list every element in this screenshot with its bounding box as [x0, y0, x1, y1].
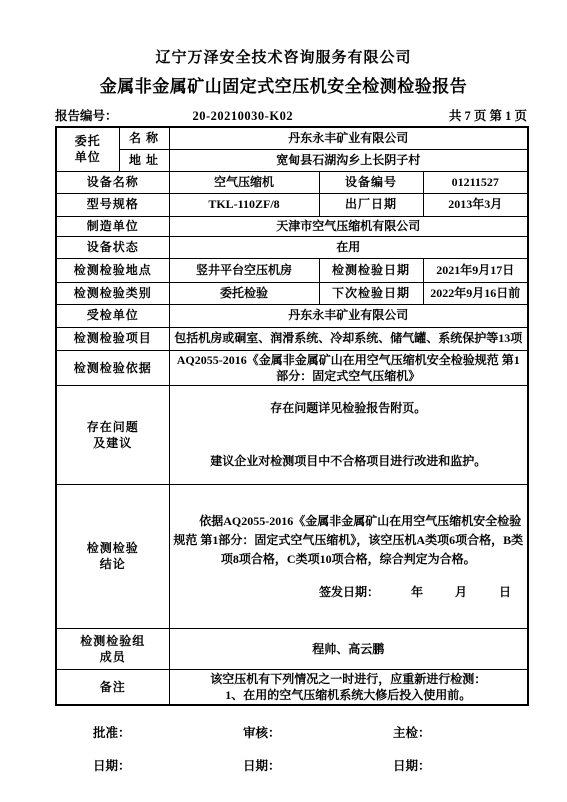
inspection-items-value: 包括机房或硐室、润滑系统、冷却系统、储气罐、系统保护等13项: [169, 327, 528, 350]
inspection-basis-value: AQ2055-2016《金属非金属矿山在用空气压缩机安全检验规范 第1部分：固定…: [169, 350, 528, 385]
signature-section: 批准： 日期： 审核： 日期： 主检： 日期：: [93, 723, 567, 774]
inspection-location-label: 检测检验地点: [56, 258, 169, 282]
inspection-category-label: 检测检验类别: [56, 282, 169, 304]
report-header: 辽宁万泽安全技术咨询服务有限公司 金属非金属矿山固定式空压机安全检测检验报告 报…: [0, 0, 567, 124]
conclusion-label: 检测检验 结论: [56, 484, 169, 628]
model-value: TKL-110ZF/8: [169, 193, 319, 216]
conclusion-cell: 依据AQ2055-2016《金属非金属矿山在用空气压缩机安全检验规范 第1部分：…: [169, 484, 528, 628]
sign-year-label: 年: [411, 584, 423, 600]
table-row: 设备名称 空气压缩机 设备编号 01211527: [56, 171, 528, 193]
inspected-unit-value: 丹东永丰矿业有限公司: [169, 304, 528, 327]
next-inspection-date-label: 下次检验日期: [319, 282, 423, 304]
table-row: 检测检验 结论 依据AQ2055-2016《金属非金属矿山在用空气压缩机安全检验…: [56, 484, 528, 628]
report-number-line: 报告编号： 20-20210030-K02 共 7 页 第 1 页: [55, 106, 527, 124]
device-status-value: 在用: [169, 236, 528, 258]
table-row: 检测检验依据 AQ2055-2016《金属非金属矿山在用空气压缩机安全检验规范 …: [56, 350, 528, 385]
chief-inspector-column: 主检： 日期：: [393, 723, 543, 774]
device-name-value: 空气压缩机: [169, 171, 319, 193]
manufacturer-label: 制造单位: [56, 216, 169, 236]
problems-label: 存在问题 及建议: [56, 385, 169, 484]
factory-date-label: 出厂日期: [319, 193, 423, 216]
table-row: 设备状态 在用: [56, 236, 528, 258]
table-row: 存在问题 及建议 存在问题详见检验报告附页。 建议企业对检测项目中不合格项目进行…: [56, 385, 528, 484]
chief-date-label: 日期：: [393, 756, 543, 774]
next-inspection-date-value: 2022年9月16日前: [423, 282, 528, 304]
client-unit-label: 委托 单位: [56, 127, 119, 171]
report-number-value: 20-20210030-K02: [193, 109, 294, 124]
client-name-value: 丹东永丰矿业有限公司: [169, 127, 528, 149]
device-name-label: 设备名称: [56, 171, 169, 193]
inspection-date-value: 2021年9月17日: [423, 258, 528, 282]
table-row: 委托 单位 名 称 丹东永丰矿业有限公司: [56, 127, 528, 149]
table-row: 受检单位 丹东永丰矿业有限公司: [56, 304, 528, 327]
report-number-label: 报告编号：: [55, 106, 118, 124]
report-page: 辽宁万泽安全技术咨询服务有限公司 金属非金属矿山固定式空压机安全检测检验报告 报…: [0, 0, 567, 802]
inspection-location-value: 竖井平台空压机房: [169, 258, 319, 282]
approve-date-label: 日期：: [93, 756, 243, 774]
approve-column: 批准： 日期：: [93, 723, 243, 774]
sign-month-label: 月: [455, 584, 467, 600]
table-row: 检测检验类别 委托检验 下次检验日期 2022年9月16日前: [56, 282, 528, 304]
model-label: 型号规格: [56, 193, 169, 216]
sign-date-line: 签发日期： 年 月 日: [172, 584, 526, 600]
manufacturer-value: 天津市空气压缩机有限公司: [169, 216, 528, 236]
review-label: 审核：: [243, 723, 393, 741]
review-column: 审核： 日期：: [243, 723, 393, 774]
sign-day-label: 日: [499, 584, 511, 600]
inspected-unit-label: 受检单位: [56, 304, 169, 327]
table-row: 检测检验地点 竖井平台空压机房 检测检验日期 2021年9月17日: [56, 258, 528, 282]
table-row: 检测检验组 成员 程帅、高云鹏: [56, 628, 528, 669]
inspection-category-value: 委托检验: [169, 282, 319, 304]
company-name: 辽宁万泽安全技术咨询服务有限公司: [0, 46, 567, 67]
review-date-label: 日期：: [243, 756, 393, 774]
table-row: 地 址 宽甸县石湖沟乡上长阴子村: [56, 149, 528, 171]
team-members-label: 检测检验组 成员: [56, 628, 169, 669]
remark-label: 备注: [56, 669, 169, 705]
report-title: 金属非金属矿山固定式空压机安全检测检验报告: [0, 72, 567, 97]
inspection-basis-label: 检测检验依据: [56, 350, 169, 385]
device-status-label: 设备状态: [56, 236, 169, 258]
client-address-label: 地 址: [119, 149, 169, 171]
table-row: 型号规格 TKL-110ZF/8 出厂日期 2013年3月: [56, 193, 528, 216]
conclusion-text: 依据AQ2055-2016《金属非金属矿山在用空气压缩机安全检验规范 第1部分：…: [172, 512, 526, 569]
chief-inspector-label: 主检：: [393, 723, 543, 741]
device-no-label: 设备编号: [319, 171, 423, 193]
table-row: 制造单位 天津市空气压缩机有限公司: [56, 216, 528, 236]
device-no-value: 01211527: [423, 171, 528, 193]
client-address-value: 宽甸县石湖沟乡上长阴子村: [169, 149, 528, 171]
client-name-label: 名 称: [119, 127, 169, 149]
problems-cell: 存在问题详见检验报告附页。 建议企业对检测项目中不合格项目进行改进和监护。: [169, 385, 528, 484]
problems-line1: 存在问题详见检验报告附页。: [172, 400, 526, 416]
remark-value: 该空压机有下列情况之一时进行，应重新进行检测： 1、在用的空气压缩机系统大修后投…: [169, 669, 528, 705]
problems-line2: 建议企业对检测项目中不合格项目进行改进和监护。: [172, 453, 526, 469]
sign-date-label: 签发日期：: [319, 584, 379, 600]
inspection-report-table: 委托 单位 名 称 丹东永丰矿业有限公司 地 址 宽甸县石湖沟乡上长阴子村 设备…: [55, 126, 529, 706]
page-count: 共 7 页 第 1 页: [449, 106, 527, 124]
team-members-value: 程帅、高云鹏: [169, 628, 528, 669]
table-row: 备注 该空压机有下列情况之一时进行，应重新进行检测： 1、在用的空气压缩机系统大…: [56, 669, 528, 705]
table-row: 检测检验项目 包括机房或硐室、润滑系统、冷却系统、储气罐、系统保护等13项: [56, 327, 528, 350]
inspection-items-label: 检测检验项目: [56, 327, 169, 350]
inspection-date-label: 检测检验日期: [319, 258, 423, 282]
factory-date-value: 2013年3月: [423, 193, 528, 216]
approve-label: 批准：: [93, 723, 243, 741]
